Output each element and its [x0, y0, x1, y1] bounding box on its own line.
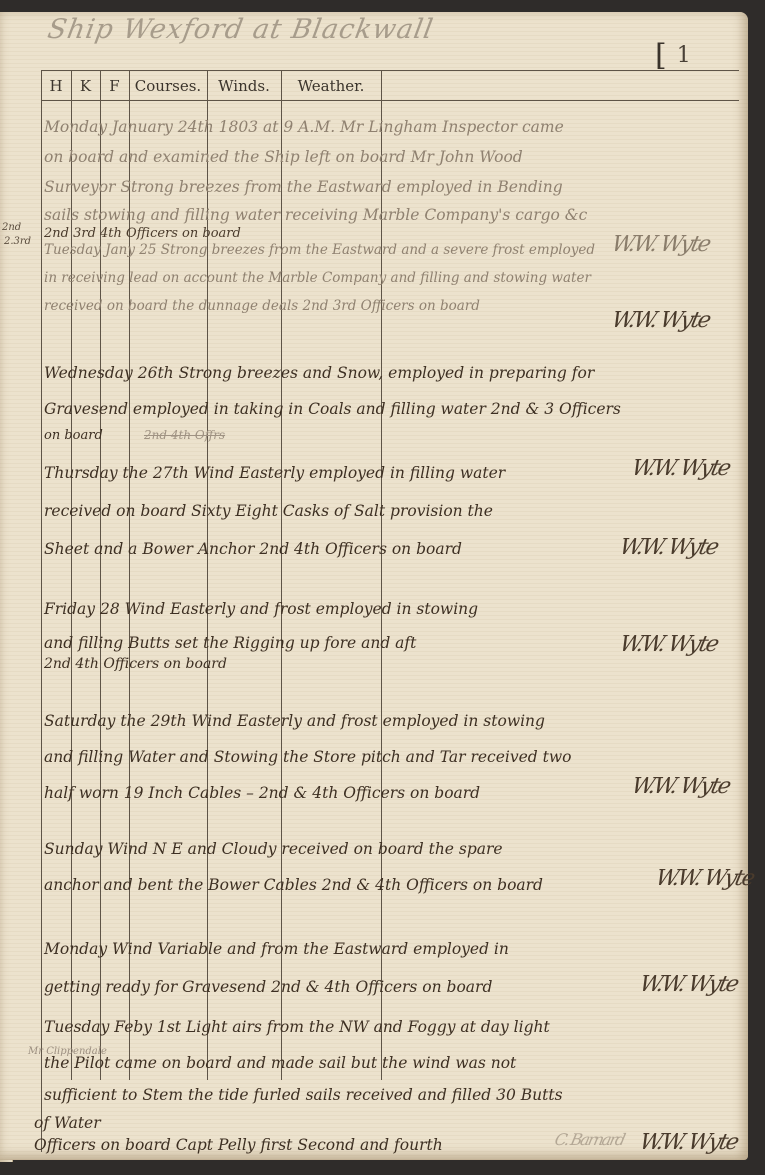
entry-line: received on board the dunnage deals 2nd …: [44, 298, 480, 314]
entry-line: Tuesday Feby 1st Light airs from the NW …: [44, 1018, 550, 1036]
entry-line: Surveyor Strong breezes from the Eastwar…: [44, 178, 563, 196]
entry-line: half worn 19 Inch Cables – 2nd & 4th Off…: [44, 784, 480, 802]
struck-text: 2nd 4th Offrs: [144, 428, 225, 442]
entry-line: the Pilot came on board and made sail bu…: [44, 1054, 516, 1072]
column-header-courses: Courses.: [129, 72, 207, 100]
page-title: Ship Wexford at Blackwall: [45, 14, 470, 45]
signature: W.W. Wyte: [609, 232, 711, 257]
signature: W.W. Wyte: [637, 1130, 739, 1155]
entry-line: and filling Water and Stowing the Store …: [44, 748, 571, 766]
header-top-rule: [41, 70, 739, 71]
column-header-hours: H: [41, 72, 71, 100]
entry-line: Saturday the 29th Wind Easterly and fros…: [44, 712, 545, 730]
signature: W.W. Wyte: [653, 866, 755, 891]
entry-line: and filling Butts set the Rigging up for…: [44, 634, 416, 652]
folio-bracket: [: [655, 38, 667, 73]
signature: W.W. Wyte: [617, 632, 719, 657]
header-bottom-rule: [41, 100, 739, 101]
signature: W.W. Wyte: [617, 535, 719, 560]
column-header-winds: Winds.: [207, 72, 281, 100]
entry-line: of Water: [34, 1114, 101, 1132]
column-header-knots: K: [71, 72, 100, 100]
entry-line: Gravesend employed in taking in Coals an…: [44, 400, 621, 418]
signature: W.W. Wyte: [637, 972, 739, 997]
entry-line: Tuesday Jany 25 Strong breezes from the …: [44, 242, 595, 258]
entry-line: received on board Sixty Eight Casks of S…: [44, 502, 493, 520]
entry-line: Sheet and a Bower Anchor 2nd 4th Officer…: [44, 540, 462, 558]
margin-note-23rd: 2.3rd: [4, 236, 31, 247]
entry-line: sails stowing and filling water receivin…: [44, 206, 587, 224]
signature: W.W. Wyte: [609, 308, 711, 333]
entry-line: Thursday the 27th Wind Easterly employed…: [44, 464, 505, 482]
entry-line: Wednesday 26th Strong breezes and Snow, …: [44, 364, 594, 382]
entry-line: Friday 28 Wind Easterly and frost employ…: [44, 600, 478, 618]
entry-line: 2nd 4th Officers on board: [44, 656, 227, 672]
entry-line: in receiving lead on account the Marble …: [44, 270, 591, 286]
entry-line: anchor and bent the Bower Cables 2nd & 4…: [44, 876, 543, 894]
signature: W.W. Wyte: [629, 456, 731, 481]
margin-note-2nd: 2nd: [2, 222, 21, 233]
signature: W.W. Wyte: [629, 774, 731, 799]
entry-line: Monday January 24th 1803 at 9 A.M. Mr Li…: [44, 118, 564, 136]
entry-line: on board: [44, 428, 103, 443]
entry-line: Sunday Wind N E and Cloudy received on b…: [44, 840, 503, 858]
entry-line: on board and examined the Ship left on b…: [44, 148, 523, 166]
column-header-fathoms: F: [100, 72, 129, 100]
entry-line: Officers on board Capt Pelly first Secon…: [34, 1136, 443, 1154]
folio-value: 1: [677, 43, 691, 68]
entry-line: getting ready for Gravesend 2nd & 4th Of…: [44, 978, 492, 996]
column-header-weather: Weather.: [281, 72, 381, 100]
entry-line: Monday Wind Variable and from the Eastwa…: [44, 940, 509, 958]
entry-line: sufficient to Stem the tide furled sails…: [44, 1086, 563, 1104]
column-rule-left: [41, 70, 42, 1152]
folio-number: [1: [655, 38, 691, 73]
faded-signature: C. Barnard: [553, 1130, 626, 1149]
entry-line-officers: 2nd 3rd 4th Officers on board: [44, 226, 241, 241]
